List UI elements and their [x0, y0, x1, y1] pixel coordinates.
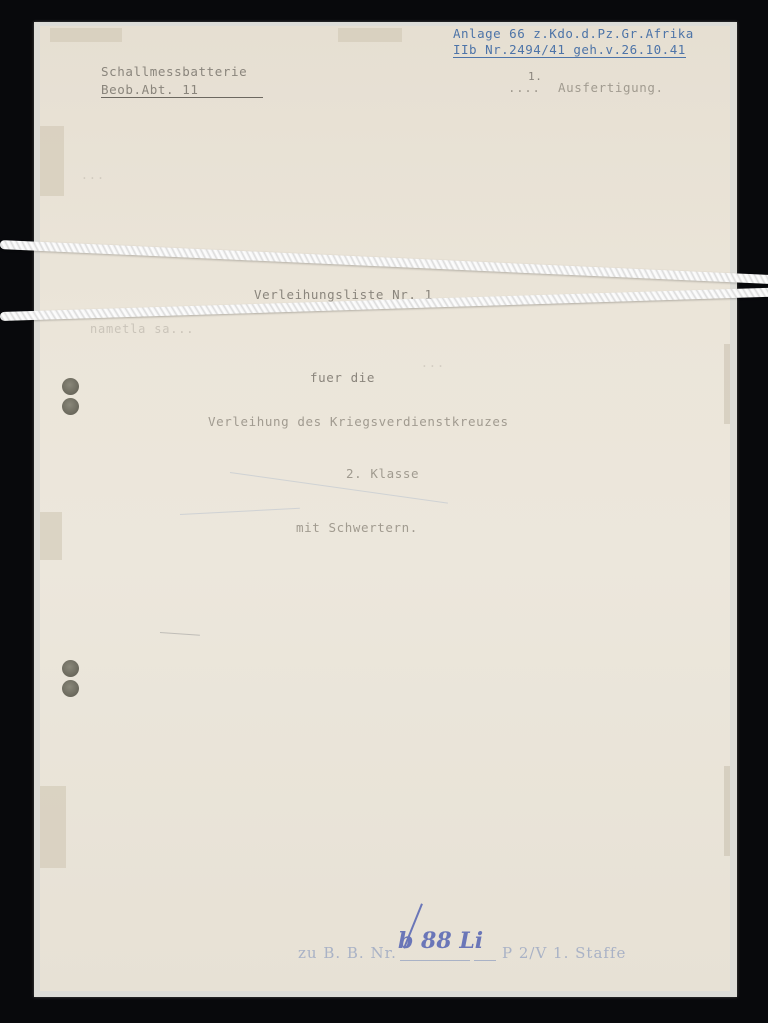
show-through-text: nametla sa... — [90, 322, 194, 336]
reference-stamp-line2: IIb Nr.2494/41 geh.v.26.10.41 — [453, 42, 686, 58]
show-through-text: ... — [420, 356, 444, 370]
tape-mark — [50, 28, 122, 42]
sender-unit: Schallmessbatterie — [101, 64, 247, 79]
award-name: Verleihung des Kriegsverdienstkreuzes — [208, 414, 509, 429]
reference-stamp-line1: Anlage 66 z.Kdo.d.Pz.Gr.Afrika — [453, 26, 694, 41]
pencil-mark — [180, 508, 300, 515]
punch-hole — [62, 660, 79, 677]
registry-stamp-suffix: P 2/V 1. Staffe — [502, 944, 626, 962]
registry-blank-line — [474, 960, 496, 961]
tape-mark — [40, 786, 66, 868]
registry-stamp-prefix: zu B. B. Nr. — [298, 944, 397, 962]
tape-mark — [40, 126, 64, 196]
edge-mark — [724, 766, 730, 856]
punch-hole — [62, 398, 79, 415]
edge-mark — [724, 344, 730, 424]
registry-blank-line — [400, 960, 470, 961]
tape-mark — [338, 28, 402, 42]
pencil-mark — [160, 632, 200, 636]
copy-label: Ausfertigung. — [558, 80, 664, 95]
for-the-text: fuer die — [310, 370, 375, 385]
tape-mark — [40, 512, 62, 560]
punch-hole — [62, 378, 79, 395]
show-through-text: ... — [80, 168, 104, 182]
document-page: Anlage 66 z.Kdo.d.Pz.Gr.Afrika IIb Nr.24… — [40, 26, 730, 991]
award-class: 2. Klasse — [346, 466, 419, 481]
with-swords-text: mit Schwertern. — [296, 520, 418, 535]
punch-hole — [62, 680, 79, 697]
copy-number: 1. — [528, 70, 542, 83]
sender-department: Beob.Abt. 11 — [101, 82, 263, 98]
